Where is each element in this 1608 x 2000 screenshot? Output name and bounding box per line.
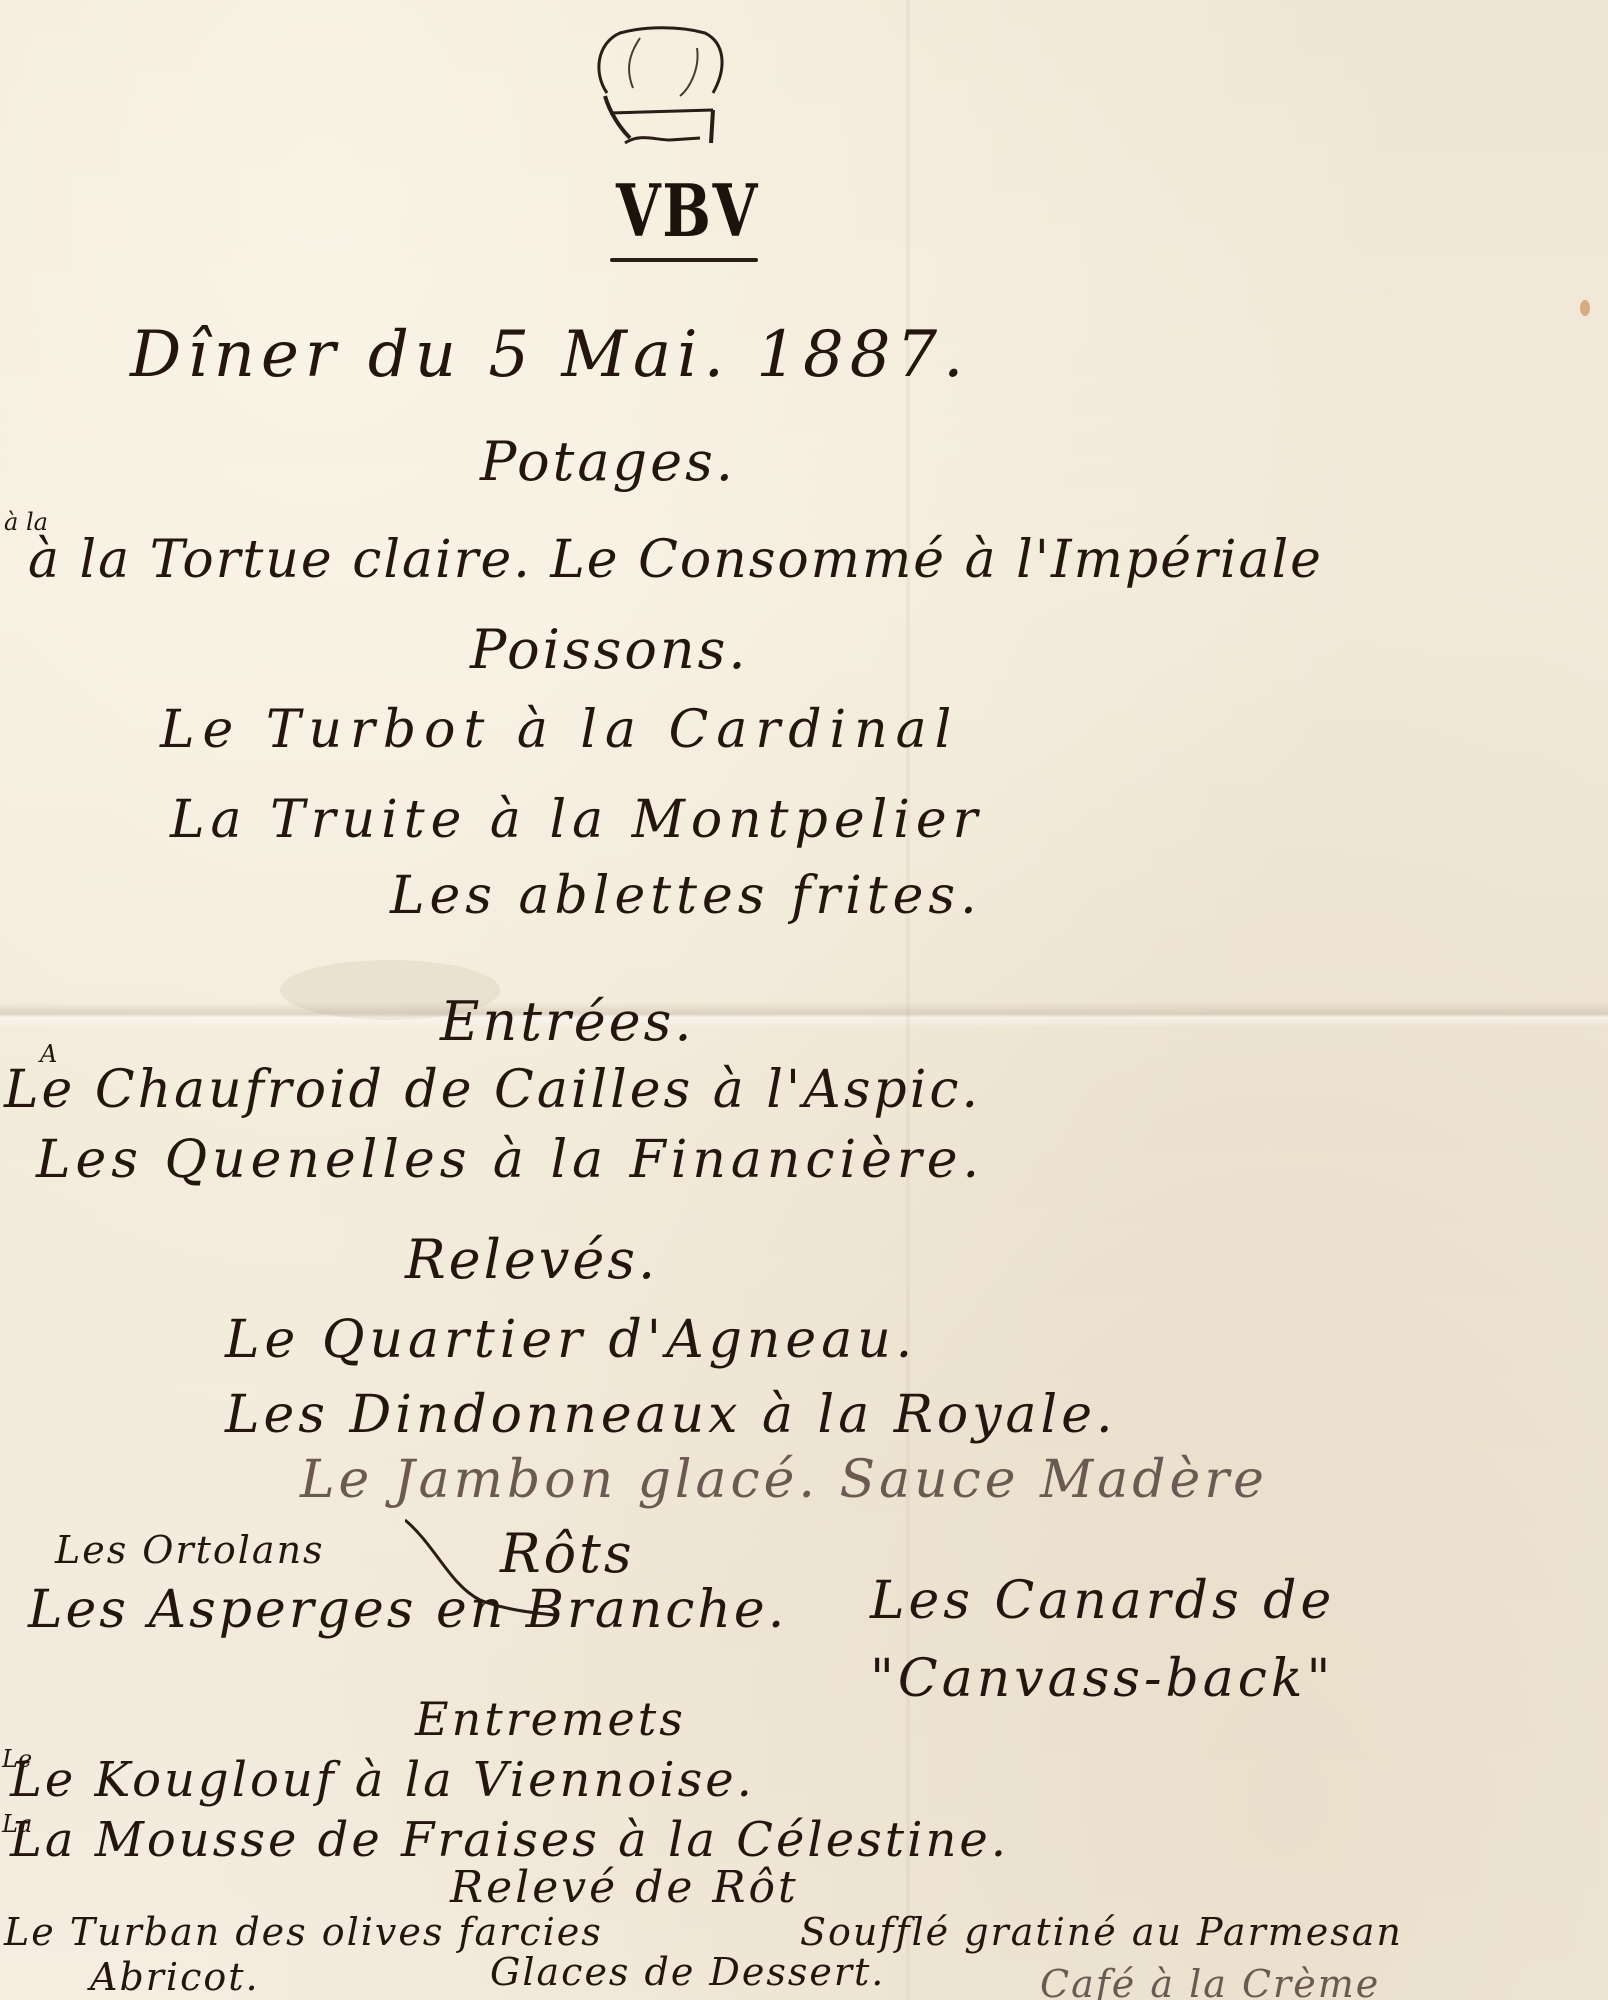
section-heading-rots: Rôts [500,1522,635,1585]
menu-item: La Mousse de Fraises à la Célestine. [10,1812,1009,1868]
menu-item: Le Turbot à la Cardinal [160,700,959,760]
menu-item: Le Quartier d'Agneau. [225,1310,917,1370]
monogram: VBV [616,168,744,253]
ink-spot [1580,300,1590,316]
menu-item: Les Asperges en Branche. [28,1580,787,1640]
section-heading-poissons: Poissons. [470,618,749,681]
section-heading-potages: Potages. [480,430,736,493]
section-heading-entrees: Entrées. [440,990,695,1053]
section-heading-entremets: Entremets [415,1692,686,1746]
insert-note: Les Ortolans [55,1528,325,1572]
menu-title: Dîner du 5 Mai. 1887. [130,318,969,392]
menu-item: Soufflé gratiné au Parmesan [800,1910,1403,1954]
menu-item: Les ablettes frites. [390,866,982,926]
menu-item: Café à la Crème [1040,1962,1380,2000]
menu-item: Le Kouglouf à la Viennoise. [10,1752,755,1808]
menu-item: à la Tortue claire. Le Consommé à l'Impé… [28,530,1323,590]
menu-item: Abricot. [90,1955,260,1999]
menu-item: Le Jambon glacé. Sauce Madère [300,1450,1268,1510]
section-heading-releve-de-rot: Relevé de Rôt [450,1862,799,1913]
monogram-underline [610,258,758,262]
section-heading-releves: Relevés. [405,1228,658,1291]
menu-item: Les Quenelles à la Financière. [36,1130,984,1190]
menu-item: Les Dindonneaux à la Royale. [225,1385,1117,1445]
menu-item: La Truite à la Montpelier [170,790,984,850]
menu-item: Glaces de Dessert. [490,1950,885,1994]
menu-item: Les Canards de "Canvass-back" [870,1562,1430,1718]
paper-fold-horizontal [0,1002,1608,1028]
menu-page: VBV Dîner du 5 Mai. 1887. Potages. à la … [0,0,1608,2000]
menu-item: Le Turban des olives farcies [4,1910,603,1954]
crown-sketch-icon [585,18,735,153]
menu-item: Le Chaufroid de Cailles à l'Aspic. [4,1060,981,1120]
